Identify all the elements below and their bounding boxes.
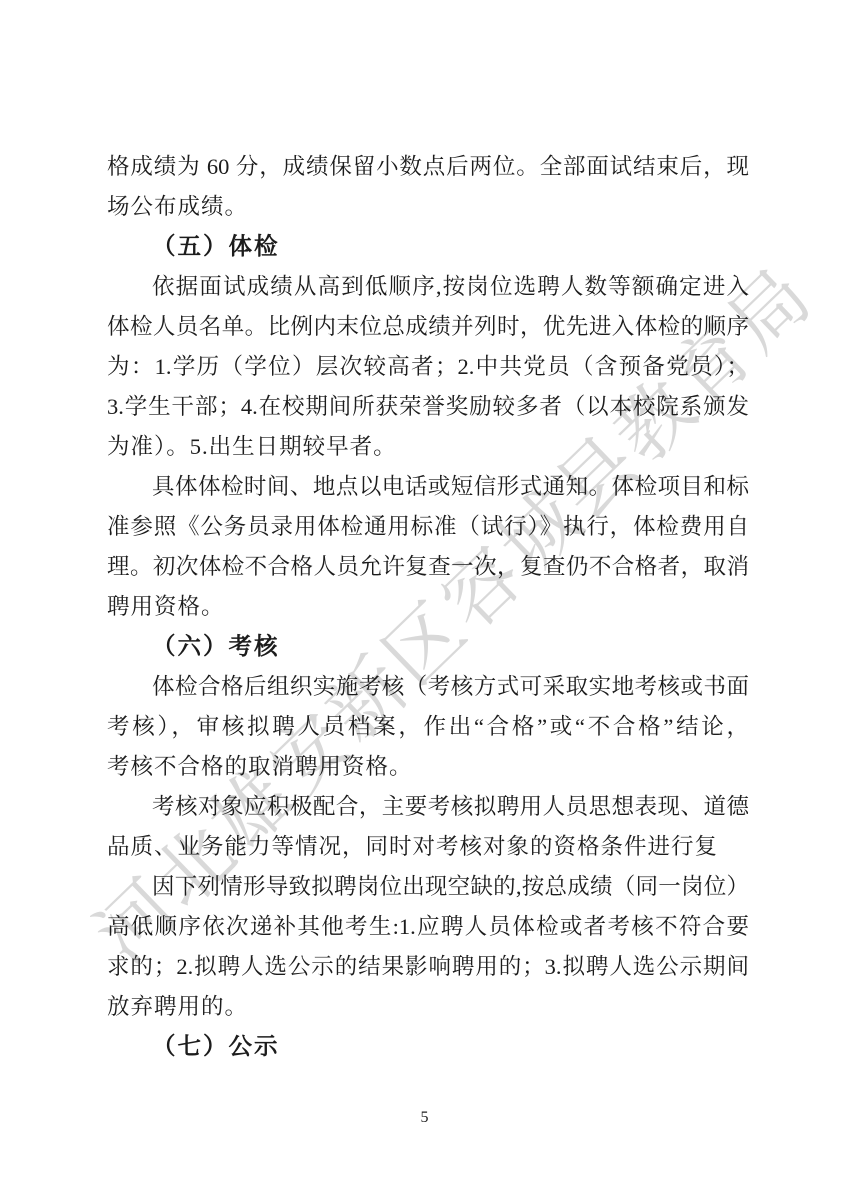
body-line: 理。初次体检不合格人员允许复查一次，复查仍不合格者，取消 [107, 547, 749, 587]
body-line: 聘用资格。 [107, 587, 749, 627]
body-line: 格成绩为 60 分，成绩保留小数点后两位。全部面试结束后，现 [107, 147, 749, 187]
body-line: 为准）。5.出生日期较早者。 [107, 427, 749, 467]
body-line: 体检人员名单。比例内末位总成绩并列时，优先进入体检的顺序 [107, 307, 749, 347]
body-line: 准参照《公务员录用体检通用标准（试行）》执行，体检费用自 [107, 507, 749, 547]
body-line: 品质、业务能力等情况，同时对考核对象的资格条件进行复查。 [107, 827, 749, 867]
body-line: 体检合格后组织实施考核（考核方式可采取实地考核或书面 [107, 667, 749, 707]
document-page: 河北雄安新区容城县教育局 格成绩为 60 分，成绩保留小数点后两位。全部面试结束… [0, 0, 849, 1200]
body-line: 因下列情形导致拟聘岗位出现空缺的,按总成绩（同一岗位） [107, 867, 749, 907]
body-line: 场公布成绩。 [107, 187, 749, 227]
body-line: 考核对象应积极配合，主要考核拟聘用人员思想表现、道德 [107, 787, 749, 827]
body-line: 放弃聘用的。 [107, 987, 749, 1027]
body-line: 为：1.学历（学位）层次较高者；2.中共党员（含预备党员）； [107, 347, 749, 387]
body-line: 高低顺序依次递补其他考生:1.应聘人员体检或者考核不符合要 [107, 907, 749, 947]
body-line: 具体体检时间、地点以电话或短信形式通知。体检项目和标 [107, 467, 749, 507]
body-line: 考核），审核拟聘人员档案，作出“合格”或“不合格”结论， [107, 707, 749, 747]
body-line: 求的；2.拟聘人选公示的结果影响聘用的；3.拟聘人选公示期间 [107, 947, 749, 987]
section-heading-5: （五）体检 [107, 227, 749, 267]
body-line: 考核不合格的取消聘用资格。 [107, 747, 749, 787]
body-line: 依据面试成绩从高到低顺序,按岗位选聘人数等额确定进入 [107, 267, 749, 307]
page-number: 5 [0, 1108, 849, 1128]
body-line: 3.学生干部；4.在校期间所获荣誉奖励较多者（以本校院系颁发 [107, 387, 749, 427]
section-heading-7: （七）公示 [107, 1027, 749, 1067]
document-body: 格成绩为 60 分，成绩保留小数点后两位。全部面试结束后，现 场公布成绩。 （五… [107, 147, 749, 1067]
section-heading-6: （六）考核 [107, 627, 749, 667]
